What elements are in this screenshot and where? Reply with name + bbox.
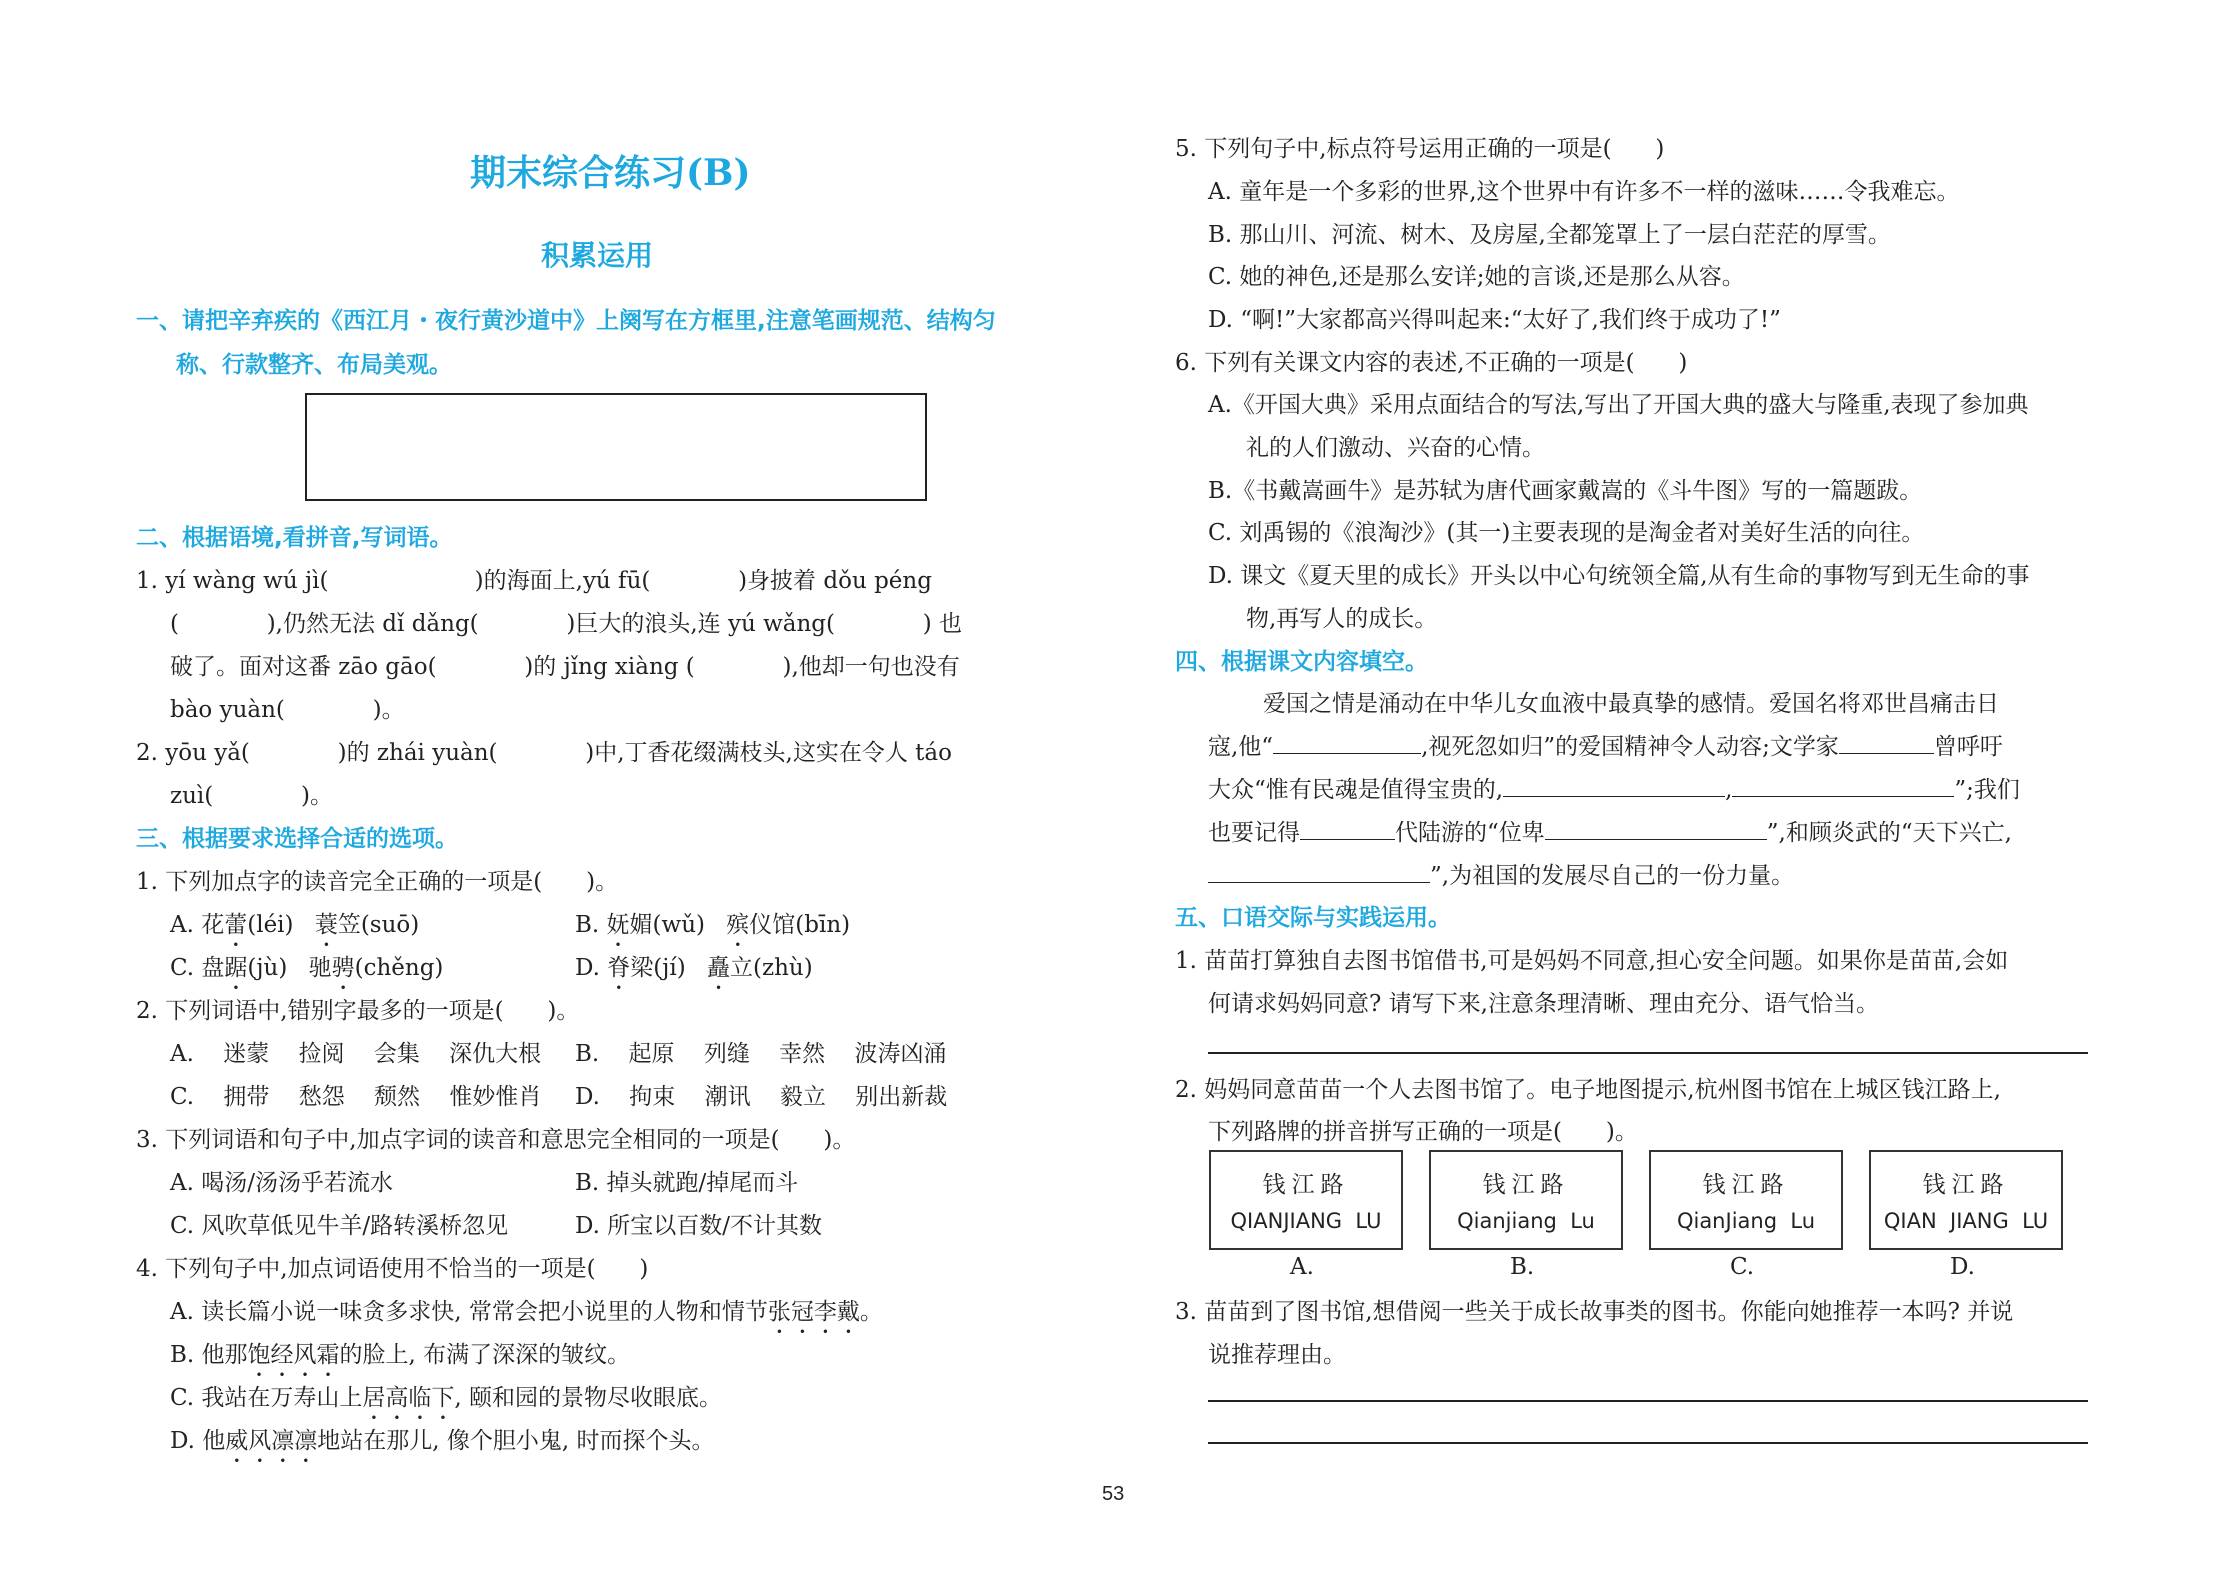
q4-stem: 4. 下列句子中,加点词语使用不恰当的一项是( ) [136,1250,648,1283]
sign-pinyin: Qianjiang Lu [1431,1209,1621,1233]
q5-option-c[interactable]: C. 她的神色,还是那么安详;她的言谈,还是那么从容。 [1208,258,1745,291]
q3-option-d[interactable]: D. 所宝以百数/不计其数 [575,1207,822,1240]
section1-heading-cont: 称、行款整齐、布局美观。 [176,346,452,379]
option-text: 的脸上, 布满了深深的皱纹。 [340,1342,631,1368]
q6-option-d-cont: 物,再写人的成长。 [1246,600,1437,633]
option-text: 风吹草低见牛羊/路转溪桥忽见 [201,1213,508,1239]
option-text: 我站在万寿山上 [201,1385,362,1411]
dotted-char: 殡 [726,912,749,938]
option-pinyin: 仪馆(bīn) [749,912,850,938]
q2-option-a[interactable]: A. 迷蒙 捡阅 会集 深仇大根 [170,1035,541,1068]
q2-option-d[interactable]: D. 拘束 潮讯 毅立 别出新裁 [575,1078,947,1111]
sign-chinese: 钱江路 [1651,1166,1841,1199]
option-label: B. [575,1041,599,1067]
pinyin-line-3: 破了。面对这番 zāo gāo( )的 jǐng xiàng ( ),他却一句也… [170,648,960,681]
sign-chinese: 钱江路 [1431,1166,1621,1199]
option-word: 拥带 [223,1084,269,1110]
road-sign-c[interactable]: 钱江路 QianJiang Lu [1649,1150,1843,1250]
dotted-char: 蓑 [315,912,338,938]
fill-blank[interactable] [1839,731,1934,754]
option-word: 会集 [374,1041,420,1067]
section2-heading: 二、根据语境,看拼音,写词语。 [136,519,452,552]
fill-blank[interactable] [1208,860,1430,883]
option-word: 幸然 [779,1041,825,1067]
option-label: A. [170,1170,194,1196]
option-text: 他那 [202,1342,248,1368]
option-word: 颓然 [374,1084,420,1110]
fill-blank[interactable] [1545,817,1767,840]
pinyin-text: zuì( )。 [170,783,333,809]
option-text: 掉头就跑/掉尾而斗 [607,1170,799,1196]
dotted-phrase: 张冠李戴 [768,1299,860,1325]
q6-option-d[interactable]: D. 课文《夏天里的成长》开头以中心句统领全篇,从有生命的事物写到无生命的事 [1208,557,2030,590]
fill-para-line-1: 爱国之情是涌动在中华儿女血液中最真挚的感情。爱国名将邓世昌痛击日 [1263,685,1999,718]
q6-option-c[interactable]: C. 刘禹锡的《浪淘沙》(其一)主要表现的是淘金者对美好生活的向往。 [1208,514,1924,547]
pinyin-text: 破了。面对这番 zāo gāo( )的 jǐng xiàng ( ),他却一句也… [170,654,960,680]
s5-q2-line2: 下列路牌的拼音拼写正确的一项是( )。 [1208,1113,1638,1146]
sign-label-d[interactable]: D. [1950,1254,1975,1280]
section5-heading: 五、口语交际与实践运用。 [1175,899,1451,932]
page-number: 53 [1102,1483,1124,1506]
pinyin-line-2: ( ),仍然无法 dǐ dǎng( )巨大的浪头,连 yú wǎng( ) 也 [170,605,962,638]
q3-option-b[interactable]: B. 掉头就跑/掉尾而斗 [575,1164,798,1197]
writing-box[interactable] [305,393,927,501]
option-word: 盘 [201,955,224,981]
sign-pinyin: QIANJIANG LU [1211,1209,1401,1233]
pinyin-text: bào yuàn( )。 [170,697,405,723]
q1-option-a[interactable]: A. 花蕾(léi) 蓑笠(suō) [170,906,419,952]
q2-option-b[interactable]: B. 起原 列缝 幸然 波涛凶涌 [575,1035,946,1068]
option-label: D. [575,1084,600,1110]
option-pinyin: (léi) [247,912,293,938]
option-label: A. [170,1041,194,1067]
page-subtitle: 积累运用 [541,234,653,274]
dotted-char: 踞 [224,955,247,981]
dotted-phrase: 威风凛凛 [225,1428,317,1454]
fill-blank[interactable] [1732,774,1954,797]
para-text: ,视死忽如归”的爱国精神令人动容;文学家 [1421,734,1839,760]
option-pinyin: (chěng) [355,955,444,981]
q1-option-d[interactable]: D. 脊梁(jí) 矗立(zhù) [575,949,813,995]
pinyin-line-1: 1. yí wàng wú jì( )的海面上,yú fū( )身披着 dǒu … [136,562,932,595]
option-word: 拘束 [629,1084,675,1110]
answer-line[interactable] [1208,1442,2088,1444]
option-text: 地站在那儿, 像个胆小鬼, 时而探个头。 [317,1428,714,1454]
para-text: 也要记得 [1208,820,1300,846]
option-pinyin: (jù) [247,955,287,981]
option-label: D. [575,1213,600,1239]
answer-line[interactable] [1208,1052,2088,1054]
para-text: 大众“惟有民魂是值得宝贵的, [1208,777,1503,803]
option-label: C. [170,955,194,981]
sign-pinyin: QIAN JIANG LU [1871,1209,2061,1233]
q5-option-b[interactable]: B. 那山川、河流、树木、及房屋,全都笼罩上了一层白茫茫的厚雪。 [1208,216,1891,249]
q4-option-c[interactable]: C. 我站在万寿山上居高临下, 颐和园的景物尽收眼底。 [170,1379,722,1425]
q2-option-c[interactable]: C. 拥带 愁怨 颓然 惟妙惟肖 [170,1078,541,1111]
sign-label-b[interactable]: B. [1510,1254,1534,1280]
pinyin-text: 1. yí wàng wú jì( )的海面上,yú fū( )身披着 dǒu … [136,568,932,594]
q1-option-c[interactable]: C. 盘踞(jù) 驰骋(chěng) [170,949,443,995]
sign-chinese: 钱江路 [1871,1166,2061,1199]
option-word: 潮讯 [705,1084,751,1110]
option-text: 他 [202,1428,225,1454]
q5-option-a[interactable]: A. 童年是一个多彩的世界,这个世界中有许多不一样的滋味……令我难忘。 [1208,173,1960,206]
option-word: 深仇大根 [449,1041,541,1067]
dotted-char: 骋 [332,955,355,981]
dotted-char: 矗 [707,955,730,981]
option-label: D. [575,955,600,981]
q4-option-a[interactable]: A. 读长篇小说一味贪多求快, 常常会把小说里的人物和情节张冠李戴。 [170,1293,883,1339]
q2-stem: 2. 下列词语中,错别字最多的一项是( )。 [136,992,579,1025]
option-word: 毅立 [780,1084,826,1110]
pinyin-line-4: bào yuàn( )。 [170,691,405,724]
q6-stem: 6. 下列有关课文内容的表述,不正确的一项是( ) [1175,344,1687,377]
s5-q3-line1: 3. 苗苗到了图书馆,想借阅一些关于成长故事类的图书。你能向她推荐一本吗? 并说 [1175,1293,2013,1326]
dotted-char: 脊 [607,955,630,981]
option-label: A. [170,912,194,938]
option-word: 起原 [629,1041,675,1067]
option-word: 花 [201,912,224,938]
s5-q3-line2: 说推荐理由。 [1208,1336,1346,1369]
q6-option-a[interactable]: A.《开国大典》采用点面结合的写法,写出了开国大典的盛大与隆重,表现了参加典 [1208,386,2029,419]
fill-blank[interactable] [1300,817,1395,840]
dotted-char: 蕾 [224,912,247,938]
sign-pinyin: QianJiang Lu [1651,1209,1841,1233]
page-title: 期末综合练习(B) [470,145,751,196]
q5-option-d[interactable]: D. “啊!”大家都高兴得叫起来:“太好了,我们终于成功了!” [1208,301,1781,334]
para-text: , [1725,777,1732,803]
q3-stem: 3. 下列词语和句子中,加点字词的读音和意思完全相同的一项是( )。 [136,1121,855,1154]
option-label: C. [170,1213,194,1239]
q4-option-b[interactable]: B. 他那饱经风霜的脸上, 布满了深深的皱纹。 [170,1336,630,1382]
sign-label-c[interactable]: C. [1730,1254,1754,1280]
fill-blank[interactable] [1273,731,1421,754]
para-text: ”,和顾炎武的“天下兴亡, [1767,820,2012,846]
pinyin-text: 2. yōu yǎ( )的 zhái yuàn( )中,丁香花缀满枝头,这实在令… [136,740,952,766]
fill-para-line-2: 寇,他“,视死忽如归”的爱国精神令人动容;文学家曾呼吁 [1208,728,2003,761]
dotted-phrase: 居高临下 [362,1385,454,1411]
sign-label-a[interactable]: A. [1290,1254,1314,1280]
option-label: B. [575,912,599,938]
option-word: 惟妙惟肖 [449,1084,541,1110]
s5-q2-line1: 2. 妈妈同意苗苗一个人去图书馆了。电子地图提示,杭州图书馆在上城区钱江路上, [1175,1071,2001,1104]
fill-para-line-5: ”,为祖国的发展尽自己的一份力量。 [1208,857,1794,890]
road-sign-b[interactable]: 钱江路 Qianjiang Lu [1429,1150,1623,1250]
option-text: 喝汤/汤汤乎若流水 [201,1170,393,1196]
option-pinyin: 笠(suō) [338,912,419,938]
option-word: 捡阅 [299,1041,345,1067]
option-text: 读长篇小说一味贪多求快, 常常会把小说里的人物和情节 [201,1299,768,1325]
option-pinyin: 梁(jí) [630,955,685,981]
q1-option-b[interactable]: B. 妩媚(wǔ) 殡仪馆(bīn) [575,906,850,952]
option-pinyin: 立(zhù) [730,955,813,981]
q4-option-d[interactable]: D. 他威风凛凛地站在那儿, 像个胆小鬼, 时而探个头。 [170,1422,715,1468]
q5-stem: 5. 下列句子中,标点符号运用正确的一项是( ) [1175,130,1664,163]
q1-stem: 1. 下列加点字的读音完全正确的一项是( )。 [136,863,618,896]
para-text: ”;我们 [1954,777,2020,803]
para-text: 代陆游的“位卑 [1395,820,1545,846]
option-label: D. [170,1428,195,1454]
option-word: 愁怨 [299,1084,345,1110]
sign-chinese: 钱江路 [1211,1166,1401,1199]
road-sign-a[interactable]: 钱江路 QIANJIANG LU [1209,1150,1403,1250]
fill-para-line-4: 也要记得代陆游的“位卑”,和顾炎武的“天下兴亡, [1208,814,2012,847]
option-label: B. [575,1170,599,1196]
pinyin-line-5: 2. yōu yǎ( )的 zhái yuàn( )中,丁香花缀满枝头,这实在令… [136,734,952,767]
option-word: 列缝 [704,1041,750,1067]
q3-option-a[interactable]: A. 喝汤/汤汤乎若流水 [170,1164,393,1197]
option-text: , 颐和园的景物尽收眼底。 [454,1385,722,1411]
fill-blank[interactable] [1503,774,1725,797]
answer-line[interactable] [1208,1400,2088,1402]
option-word: 迷蒙 [223,1041,269,1067]
q3-option-c[interactable]: C. 风吹草低见牛羊/路转溪桥忽见 [170,1207,508,1240]
para-text: ”,为祖国的发展尽自己的一份力量。 [1430,863,1794,889]
para-text: 寇,他“ [1208,734,1273,760]
para-text: 曾呼吁 [1934,734,2003,760]
option-text: 所宝以百数/不计其数 [607,1213,822,1239]
section4-heading: 四、根据课文内容填空。 [1175,643,1428,676]
q6-option-b[interactable]: B.《书戴嵩画牛》是苏轼为唐代画家戴嵩的《斗牛图》写的一篇题跋。 [1208,472,1922,505]
fill-para-line-3: 大众“惟有民魂是值得宝贵的,,”;我们 [1208,771,2020,804]
dotted-phrase: 饱经风霜 [248,1342,340,1368]
option-label: C. [170,1385,194,1411]
s5-q1-line2: 何请求妈妈同意? 请写下来,注意条理清晰、理由充分、语气恰当。 [1208,985,1879,1018]
pinyin-line-6: zuì( )。 [170,777,333,810]
section3-heading: 三、根据要求选择合适的选项。 [136,820,458,853]
option-label: B. [170,1342,194,1368]
q6-option-a-cont: 礼的人们激动、兴奋的心情。 [1246,429,1545,462]
option-word: 别出新裁 [855,1084,947,1110]
road-sign-d[interactable]: 钱江路 QIAN JIANG LU [1869,1150,2063,1250]
section1-heading: 一、请把辛弃疾的《西江月・夜行黄沙道中》上阕写在方框里,注意笔画规范、结构匀 [136,302,996,335]
s5-q1-line1: 1. 苗苗打算独自去图书馆借书,可是妈妈不同意,担心安全问题。如果你是苗苗,会如 [1175,942,2008,975]
pinyin-text: ( ),仍然无法 dǐ dǎng( )巨大的浪头,连 yú wǎng( ) 也 [170,611,962,637]
option-text: 。 [860,1299,883,1325]
dotted-char: 妩 [607,912,630,938]
option-pinyin: 媚(wǔ) [630,912,705,938]
option-word: 驰 [309,955,332,981]
option-word: 波涛凶涌 [854,1041,946,1067]
option-label: A. [170,1299,194,1325]
option-label: C. [170,1084,194,1110]
